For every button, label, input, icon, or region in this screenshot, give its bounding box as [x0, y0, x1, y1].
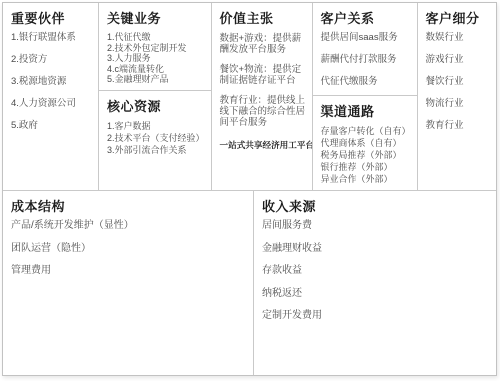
- business-model-canvas: 重要伙伴 1.银行联盟体系 2.投资方 3.税源地资源 4.人力资源公司 5.政…: [2, 2, 497, 376]
- canvas-bottom-row: 成本结构 产品/系统开发维护（显性） 团队运营（隐性） 管理费用 收入来源 居间…: [3, 191, 496, 375]
- customer-segments-title: 客户细分: [426, 11, 490, 26]
- list-item: 5.金融理财产品: [107, 75, 205, 85]
- channels-title: 渠道通路: [321, 104, 411, 119]
- section-revenue-streams: 收入来源 居间服务费 金融理财收益 存款收益 纳税返还 定制开发费用: [254, 191, 496, 375]
- list-item: 金融理财收益: [262, 244, 490, 255]
- list-item: 教育行业：提供线上线下融合的综合性居间平台服务: [220, 95, 306, 128]
- section-key-partners: 重要伙伴 1.银行联盟体系 2.投资方 3.税源地资源 4.人力资源公司 5.政…: [3, 3, 99, 190]
- revenue-streams-list: 居间服务费 金融理财收益 存款收益 纳税返还 定制开发费用: [262, 221, 490, 322]
- list-item: 纳税返还: [262, 289, 490, 300]
- list-item: 代征代缴服务: [321, 77, 411, 87]
- customer-relationships-list: 提供居间saas服务 薪酬代付打款服务 代征代缴服务: [321, 33, 411, 87]
- revenue-streams-title: 收入来源: [262, 199, 490, 214]
- list-item: 2.技术外包定制开发: [107, 44, 205, 54]
- customer-segments-list: 数娱行业 游戏行业 餐饮行业 物流行业 教育行业: [426, 33, 490, 131]
- section-customer-relationships: 客户关系 提供居间saas服务 薪酬代付打款服务 代征代缴服务: [313, 3, 417, 96]
- cost-structure-title: 成本结构: [11, 199, 247, 214]
- key-resources-list: 1.客户数据 2.技术平台（支付经验） 3.外部引流合作关系: [107, 121, 205, 155]
- list-item: 3.人力服务: [107, 54, 205, 64]
- list-item: 产品/系统开发维护（显性）: [11, 221, 247, 232]
- column-activities-resources: 关键业务 1.代征代缴 2.技术外包定制开发 3.人力服务 4.c端流量转化 5…: [99, 3, 212, 190]
- list-item: 异业合作（外部）: [321, 174, 411, 184]
- section-cost-structure: 成本结构 产品/系统开发维护（显性） 团队运营（隐性） 管理费用: [3, 191, 254, 375]
- list-item: 2.投资方: [11, 55, 92, 65]
- column-relationships-channels: 客户关系 提供居间saas服务 薪酬代付打款服务 代征代缴服务 渠道通路 存量客…: [313, 3, 418, 190]
- canvas-top-row: 重要伙伴 1.银行联盟体系 2.投资方 3.税源地资源 4.人力资源公司 5.政…: [3, 3, 496, 191]
- list-item: 数娱行业: [426, 33, 490, 43]
- list-item: 提供居间saas服务: [321, 33, 411, 43]
- list-item: 餐饮行业: [426, 77, 490, 87]
- key-activities-title: 关键业务: [107, 11, 205, 26]
- list-item: 1.代征代缴: [107, 33, 205, 43]
- list-item: 管理费用: [11, 266, 247, 277]
- list-item: 3.外部引流合作关系: [107, 145, 205, 155]
- list-item: 税务局推荐（外部）: [321, 150, 411, 160]
- section-channels: 渠道通路 存量客户转化（自有） 代理商体系（自有） 税务局推荐（外部） 银行推荐…: [313, 96, 417, 190]
- list-item: 数据+游戏：提供薪酬发放平台服务: [220, 33, 306, 55]
- list-item: 5.政府: [11, 121, 92, 131]
- list-item: 餐饮+物流：提供定制证据链存证平台: [220, 64, 306, 86]
- list-item: 4.c端流量转化: [107, 65, 205, 75]
- value-propositions-highlight: 一站式共享经济用工平台: [220, 140, 306, 151]
- customer-relationships-title: 客户关系: [321, 11, 411, 26]
- list-item: 存量客户转化（自有）: [321, 126, 411, 136]
- list-item: 代理商体系（自有）: [321, 138, 411, 148]
- channels-list: 存量客户转化（自有） 代理商体系（自有） 税务局推荐（外部） 银行推荐（外部） …: [321, 126, 411, 184]
- cost-structure-list: 产品/系统开发维护（显性） 团队运营（隐性） 管理费用: [11, 221, 247, 277]
- value-propositions-title: 价值主张: [220, 11, 306, 26]
- key-partners-title: 重要伙伴: [11, 11, 92, 26]
- list-item: 1.客户数据: [107, 121, 205, 131]
- list-item: 薪酬代付打款服务: [321, 55, 411, 65]
- list-item: 居间服务费: [262, 221, 490, 232]
- section-customer-segments: 客户细分 数娱行业 游戏行业 餐饮行业 物流行业 教育行业: [418, 3, 496, 190]
- value-propositions-list: 数据+游戏：提供薪酬发放平台服务 餐饮+物流：提供定制证据链存证平台 教育行业：…: [220, 33, 306, 151]
- key-resources-title: 核心资源: [107, 99, 205, 114]
- list-item: 2.技术平台（支付经验）: [107, 133, 205, 143]
- list-item: 物流行业: [426, 99, 490, 109]
- list-item: 教育行业: [426, 121, 490, 131]
- list-item: 存款收益: [262, 266, 490, 277]
- list-item: 定制开发费用: [262, 311, 490, 322]
- key-activities-list: 1.代征代缴 2.技术外包定制开发 3.人力服务 4.c端流量转化 5.金融理财…: [107, 33, 205, 85]
- list-item: 游戏行业: [426, 55, 490, 65]
- list-item: 团队运营（隐性）: [11, 244, 247, 255]
- section-value-propositions: 价值主张 数据+游戏：提供薪酬发放平台服务 餐饮+物流：提供定制证据链存证平台 …: [212, 3, 313, 190]
- list-item: 3.税源地资源: [11, 77, 92, 87]
- list-item: 银行推荐（外部）: [321, 162, 411, 172]
- list-item: 4.人力资源公司: [11, 99, 92, 109]
- section-key-activities: 关键业务 1.代征代缴 2.技术外包定制开发 3.人力服务 4.c端流量转化 5…: [99, 3, 211, 91]
- key-partners-list: 1.银行联盟体系 2.投资方 3.税源地资源 4.人力资源公司 5.政府: [11, 33, 92, 131]
- section-key-resources: 核心资源 1.客户数据 2.技术平台（支付经验） 3.外部引流合作关系: [99, 91, 211, 190]
- list-item: 1.银行联盟体系: [11, 33, 92, 43]
